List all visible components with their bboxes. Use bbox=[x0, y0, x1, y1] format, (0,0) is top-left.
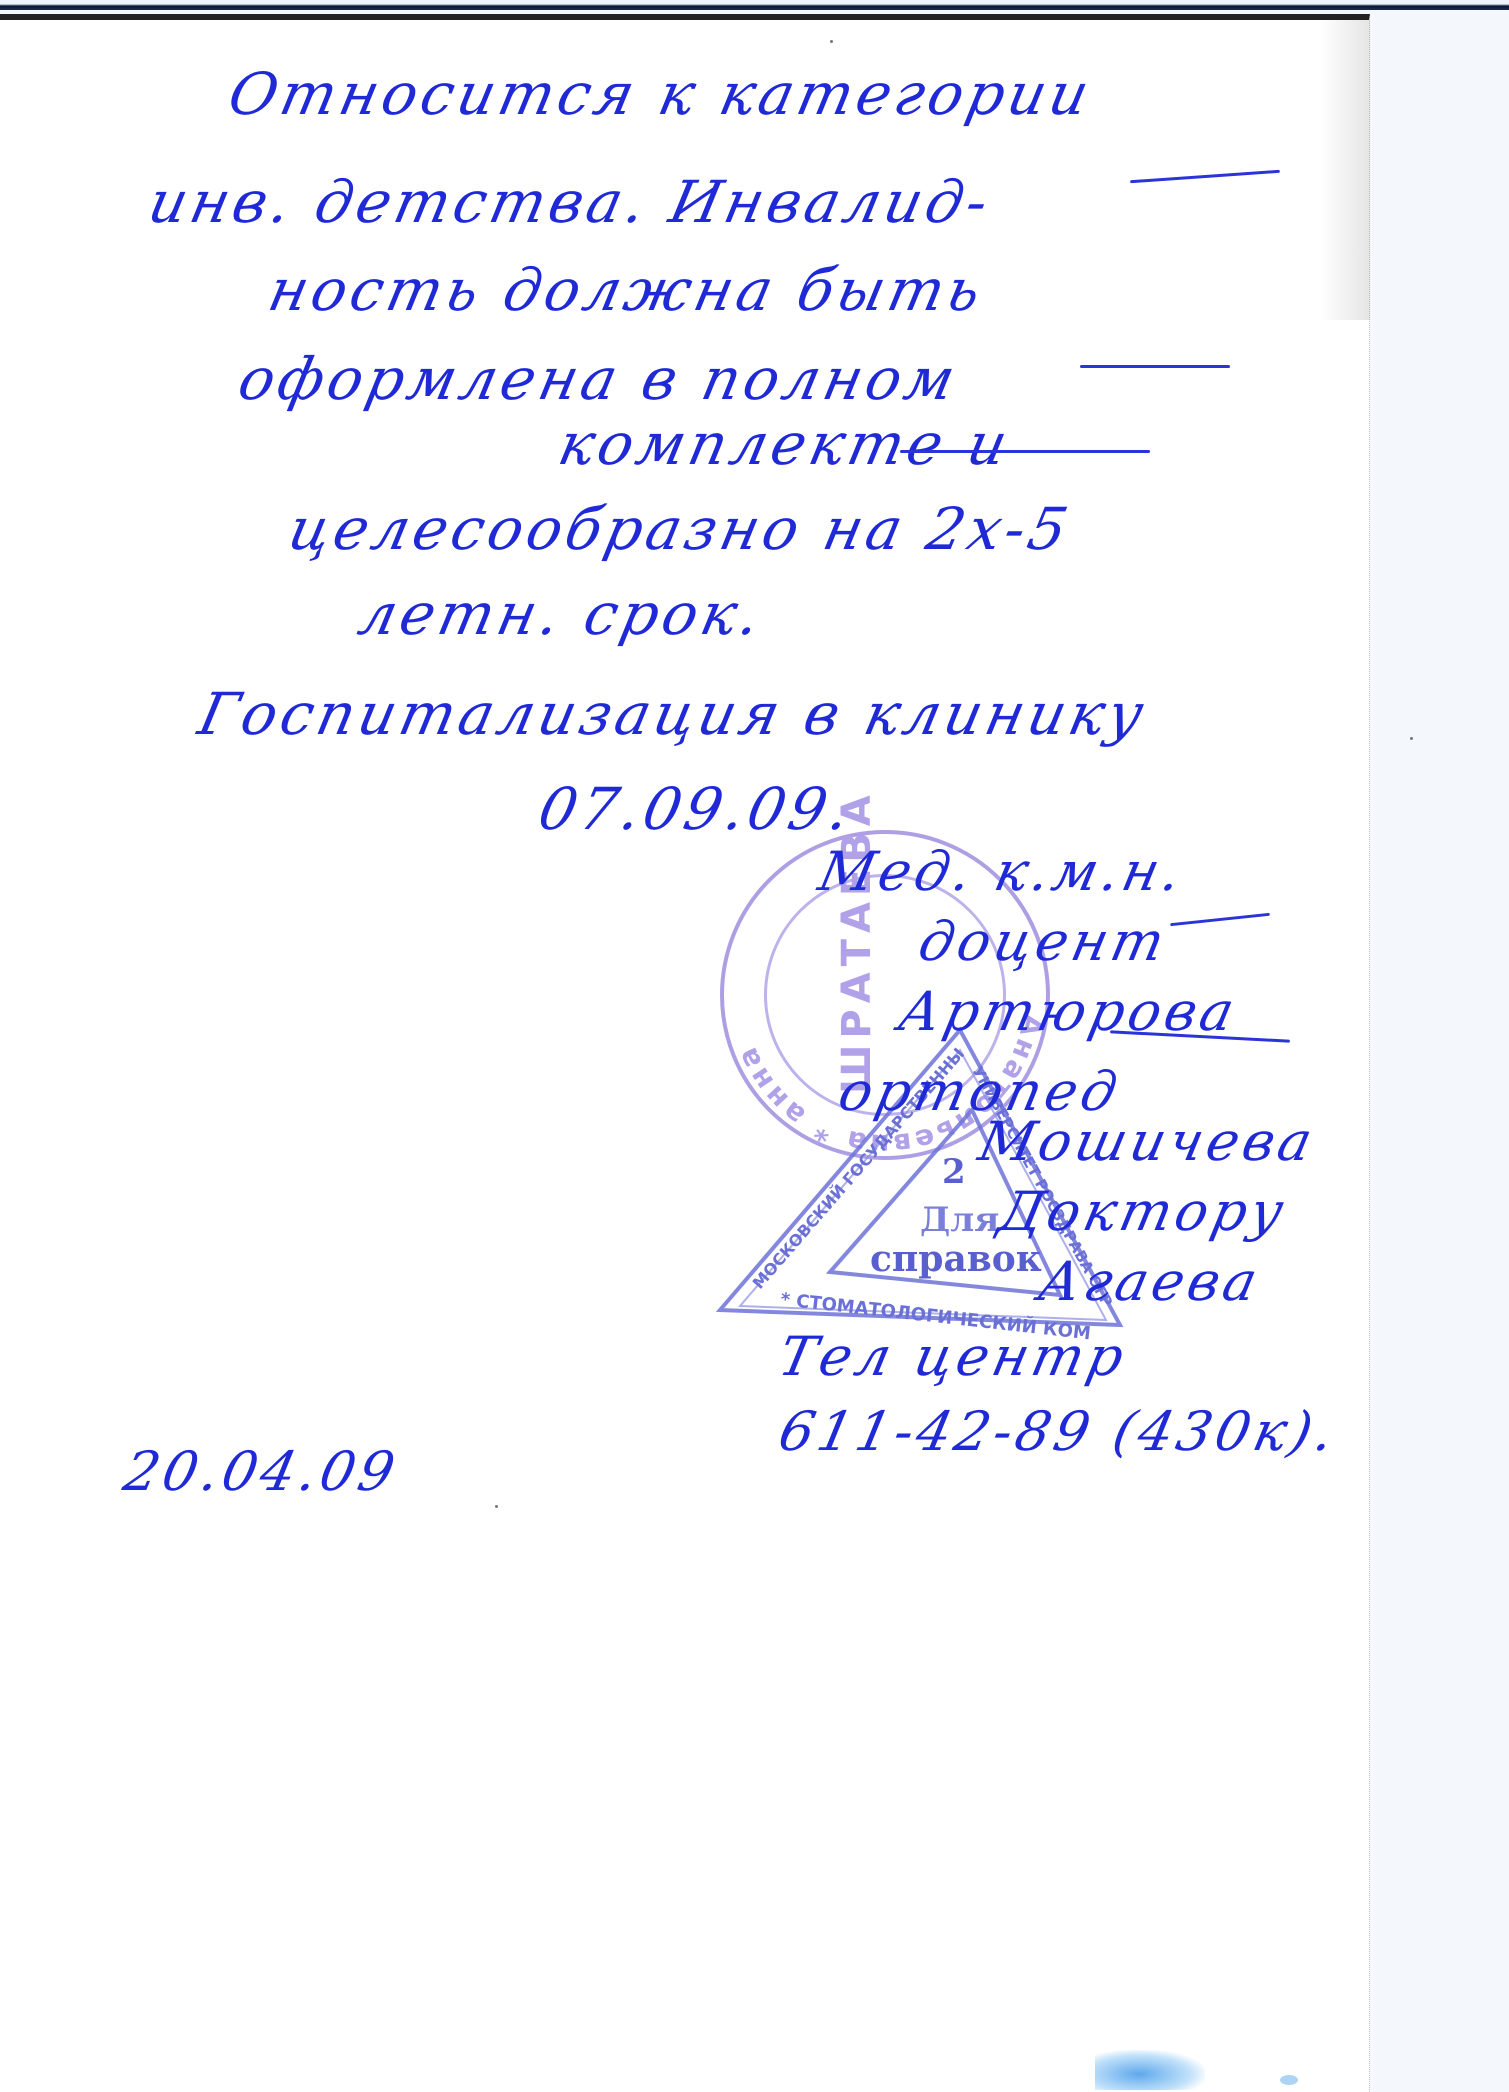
ink-underline bbox=[900, 450, 1150, 453]
signature-line-7: Агаева bbox=[1033, 1250, 1266, 1313]
triangle-stamp-label-1: Для bbox=[920, 1200, 999, 1240]
paper-fold-shadow bbox=[1320, 20, 1370, 320]
signature-line-6: Доктору bbox=[993, 1180, 1293, 1243]
document-date: 20.04.09 bbox=[118, 1440, 404, 1503]
phone-label: Тел центр bbox=[773, 1325, 1133, 1388]
scanner-top-edge bbox=[0, 0, 1509, 10]
handwritten-line-1: Относится к категории bbox=[223, 60, 1099, 128]
triangle-stamp-number: 2 bbox=[942, 1152, 966, 1192]
triangle-stamp-label-2: справок bbox=[870, 1238, 1042, 1280]
handwritten-line-3: ность должна быть bbox=[263, 256, 991, 324]
handwritten-line-7: летн. срок. bbox=[353, 580, 770, 648]
ink-smudge bbox=[1280, 2075, 1298, 2085]
handwritten-line-8: Госпитализация в клинику bbox=[193, 680, 1154, 748]
ink-smudge bbox=[1095, 2050, 1205, 2090]
scan-speck bbox=[495, 1505, 498, 1508]
signature-line-1: Мед. к.м.н. bbox=[813, 840, 1190, 903]
phone-number: 611-42-89 (430к). bbox=[773, 1400, 1343, 1463]
handwritten-line-4: оформлена в полном bbox=[233, 345, 965, 413]
ink-stroke bbox=[1080, 365, 1230, 368]
handwritten-line-5: комплекте и bbox=[553, 410, 1017, 478]
scan-speck bbox=[1410, 737, 1413, 740]
signature-line-5: Мошичева bbox=[973, 1110, 1321, 1173]
scan-speck bbox=[830, 40, 833, 43]
document-page bbox=[0, 14, 1370, 2092]
handwritten-line-6: целесообразно на 2х-5 bbox=[283, 495, 1077, 563]
handwritten-line-2: инв. детства. Инвалид- bbox=[143, 168, 998, 236]
signature-line-2: доцент bbox=[913, 910, 1174, 973]
